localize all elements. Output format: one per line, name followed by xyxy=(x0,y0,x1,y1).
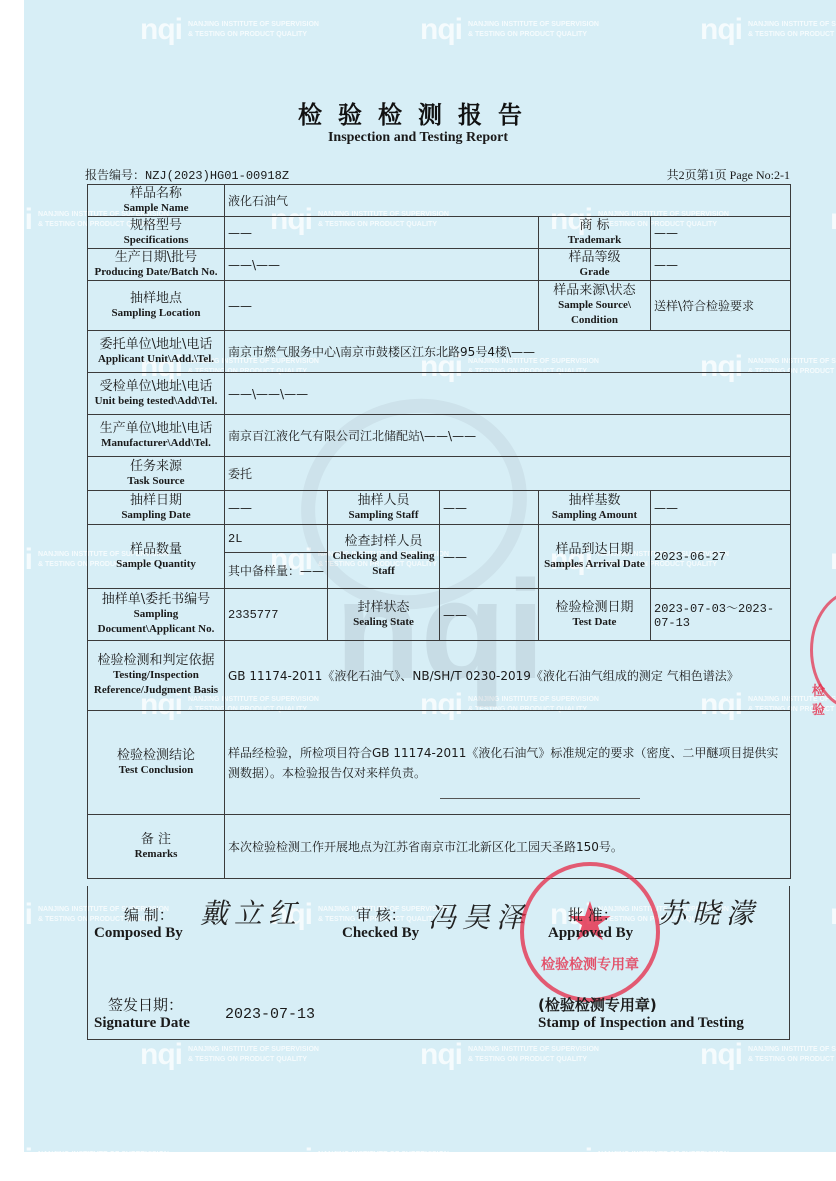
approved-by-label: 批 准： Approved By xyxy=(548,904,633,942)
stamp-text: 检验检测专用章 xyxy=(524,954,656,974)
value-sample-source: 送样\符合检验要求 xyxy=(651,281,791,331)
value-checking-staff: —— xyxy=(440,525,539,589)
label-sampling-amount: 抽样基数Sampling Amount xyxy=(539,491,651,525)
value-sampling-location: —— xyxy=(225,281,539,331)
row-unit-tested: 受检单位\地址\电话Unit being tested\Add\Tel. ——\… xyxy=(88,373,791,415)
label-sealing-state: 封样状态Sealing State xyxy=(328,589,440,641)
label-trademark: 商 标Trademark xyxy=(539,217,651,249)
row-sample-quantity: 样品数量Sample Quantity 2L 检查封样人员Checking an… xyxy=(88,525,791,553)
value-trademark: —— xyxy=(651,217,791,249)
value-arrival-date: 2023-06-27 xyxy=(651,525,791,589)
label-manufacturer: 生产单位\地址\电话Manufacturer\Add\Tel. xyxy=(88,415,225,457)
checked-by-label: 审 核： Checked By xyxy=(342,904,419,942)
value-sample-name: 液化石油气 xyxy=(225,185,791,217)
row-remarks: 备 注Remarks 本次检验检测工作开展地点为江苏省南京市江北新区化工园天圣路… xyxy=(88,815,791,879)
value-unit-tested: ——\——\—— xyxy=(225,373,791,415)
value-applicant: 南京市燃气服务中心\南京市鼓楼区江东北路95号4楼\—— xyxy=(225,331,791,373)
report-number-value: NZJ(2023)HG01-00918Z xyxy=(145,169,289,183)
row-sampling-date: 抽样日期Sampling Date —— 抽样人员Sampling Staff … xyxy=(88,491,791,525)
checked-by-signature: 冯昊泽 xyxy=(428,896,530,936)
value-sampling-staff: —— xyxy=(440,491,539,525)
row-applicant: 委托单位\地址\电话Applicant Unit\Add.\Tel. 南京市燃气… xyxy=(88,331,791,373)
row-manufacturer: 生产单位\地址\电话Manufacturer\Add\Tel. 南京百江液化气有… xyxy=(88,415,791,457)
row-basis: 检验检测和判定依据Testing/Inspection Reference/Ju… xyxy=(88,641,791,711)
value-producing-date: ——\—— xyxy=(225,249,539,281)
row-sampling-location: 抽样地点Sampling Location —— 样品来源\状态Sample S… xyxy=(88,281,791,331)
value-grade: —— xyxy=(651,249,791,281)
value-sampling-doc: 2335777 xyxy=(225,589,328,641)
signature-area: 编 制： Composed By 戴立红 审 核： Checked By 冯昊泽… xyxy=(87,886,790,1040)
value-sampling-amount: —— xyxy=(651,491,791,525)
label-arrival-date: 样品到达日期Samples Arrival Date xyxy=(539,525,651,589)
label-producing-date: 生产日期\批号Producing Date/Batch No. xyxy=(88,249,225,281)
stamp-label: (检验检测专用章) Stamp of Inspection and Testin… xyxy=(538,994,744,1032)
report-number: 报告编号：NZJ(2023)HG01-00918Z xyxy=(85,166,289,183)
label-sampling-staff: 抽样人员Sampling Staff xyxy=(328,491,440,525)
composed-by-label: 编 制： Composed By xyxy=(94,904,183,942)
value-manufacturer: 南京百江液化气有限公司江北储配站\——\—— xyxy=(225,415,791,457)
page-number: 共2页第1页 Page No:2-1 xyxy=(667,166,790,183)
value-task-source: 委托 xyxy=(225,457,791,491)
label-sampling-doc: 抽样单\委托书编号Sampling Document\Applicant No. xyxy=(88,589,225,641)
conclusion-underline xyxy=(440,798,640,799)
label-unit-tested: 受检单位\地址\电话Unit being tested\Add\Tel. xyxy=(88,373,225,415)
label-sample-name: 样品名称Sample Name xyxy=(88,185,225,217)
label-test-date: 检验检测日期Test Date xyxy=(539,589,651,641)
approved-by-signature: 苏晓濛 xyxy=(658,892,760,932)
report-title-cn: 检验检测报告 xyxy=(0,95,836,130)
signature-date-value: 2023-07-13 xyxy=(225,1006,315,1023)
label-conclusion: 检验检测结论Test Conclusion xyxy=(88,711,225,815)
value-sample-quantity: 2L xyxy=(225,525,328,553)
value-sampling-date: —— xyxy=(225,491,328,525)
label-basis: 检验检测和判定依据Testing/Inspection Reference/Ju… xyxy=(88,641,225,711)
value-sample-backup: 其中备样量：—— xyxy=(225,553,328,589)
composed-by-signature: 戴立红 xyxy=(200,892,302,932)
report-number-label: 报告编号： xyxy=(85,169,145,183)
label-specifications: 规格型号Specifications xyxy=(88,217,225,249)
row-specifications: 规格型号Specifications —— 商 标Trademark —— xyxy=(88,217,791,249)
row-sampling-doc: 抽样单\委托书编号Sampling Document\Applicant No.… xyxy=(88,589,791,641)
report-table: 样品名称Sample Name 液化石油气 规格型号Specifications… xyxy=(87,184,791,879)
value-basis: GB 11174-2011《液化石油气》、NB/SH/T 0230-2019《液… xyxy=(225,641,791,711)
value-remarks: 本次检验检测工作开展地点为江苏省南京市江北新区化工园天圣路150号。 xyxy=(225,815,791,879)
label-task-source: 任务来源Task Source xyxy=(88,457,225,491)
label-sample-quantity: 样品数量Sample Quantity xyxy=(88,525,225,589)
row-task-source: 任务来源Task Source 委托 xyxy=(88,457,791,491)
label-sample-source: 样品来源\状态Sample Source\ Condition xyxy=(539,281,651,331)
edge-stamp-text: 检验 xyxy=(812,680,836,718)
report-title-en: Inspection and Testing Report xyxy=(0,130,836,146)
label-remarks: 备 注Remarks xyxy=(88,815,225,879)
label-grade: 样品等级Grade xyxy=(539,249,651,281)
value-test-date: 2023-07-03～2023-07-13 xyxy=(651,589,791,641)
row-producing-date: 生产日期\批号Producing Date/Batch No. ——\—— 样品… xyxy=(88,249,791,281)
label-sampling-date: 抽样日期Sampling Date xyxy=(88,491,225,525)
label-checking-staff: 检查封样人员Checking and Sealing Staff xyxy=(328,525,440,589)
label-applicant: 委托单位\地址\电话Applicant Unit\Add.\Tel. xyxy=(88,331,225,373)
signature-date-label: 签发日期： Signature Date xyxy=(94,994,190,1032)
value-specifications: —— xyxy=(225,217,539,249)
label-sampling-location: 抽样地点Sampling Location xyxy=(88,281,225,331)
row-sample-name: 样品名称Sample Name 液化石油气 xyxy=(88,185,791,217)
value-sealing-state: —— xyxy=(440,589,539,641)
